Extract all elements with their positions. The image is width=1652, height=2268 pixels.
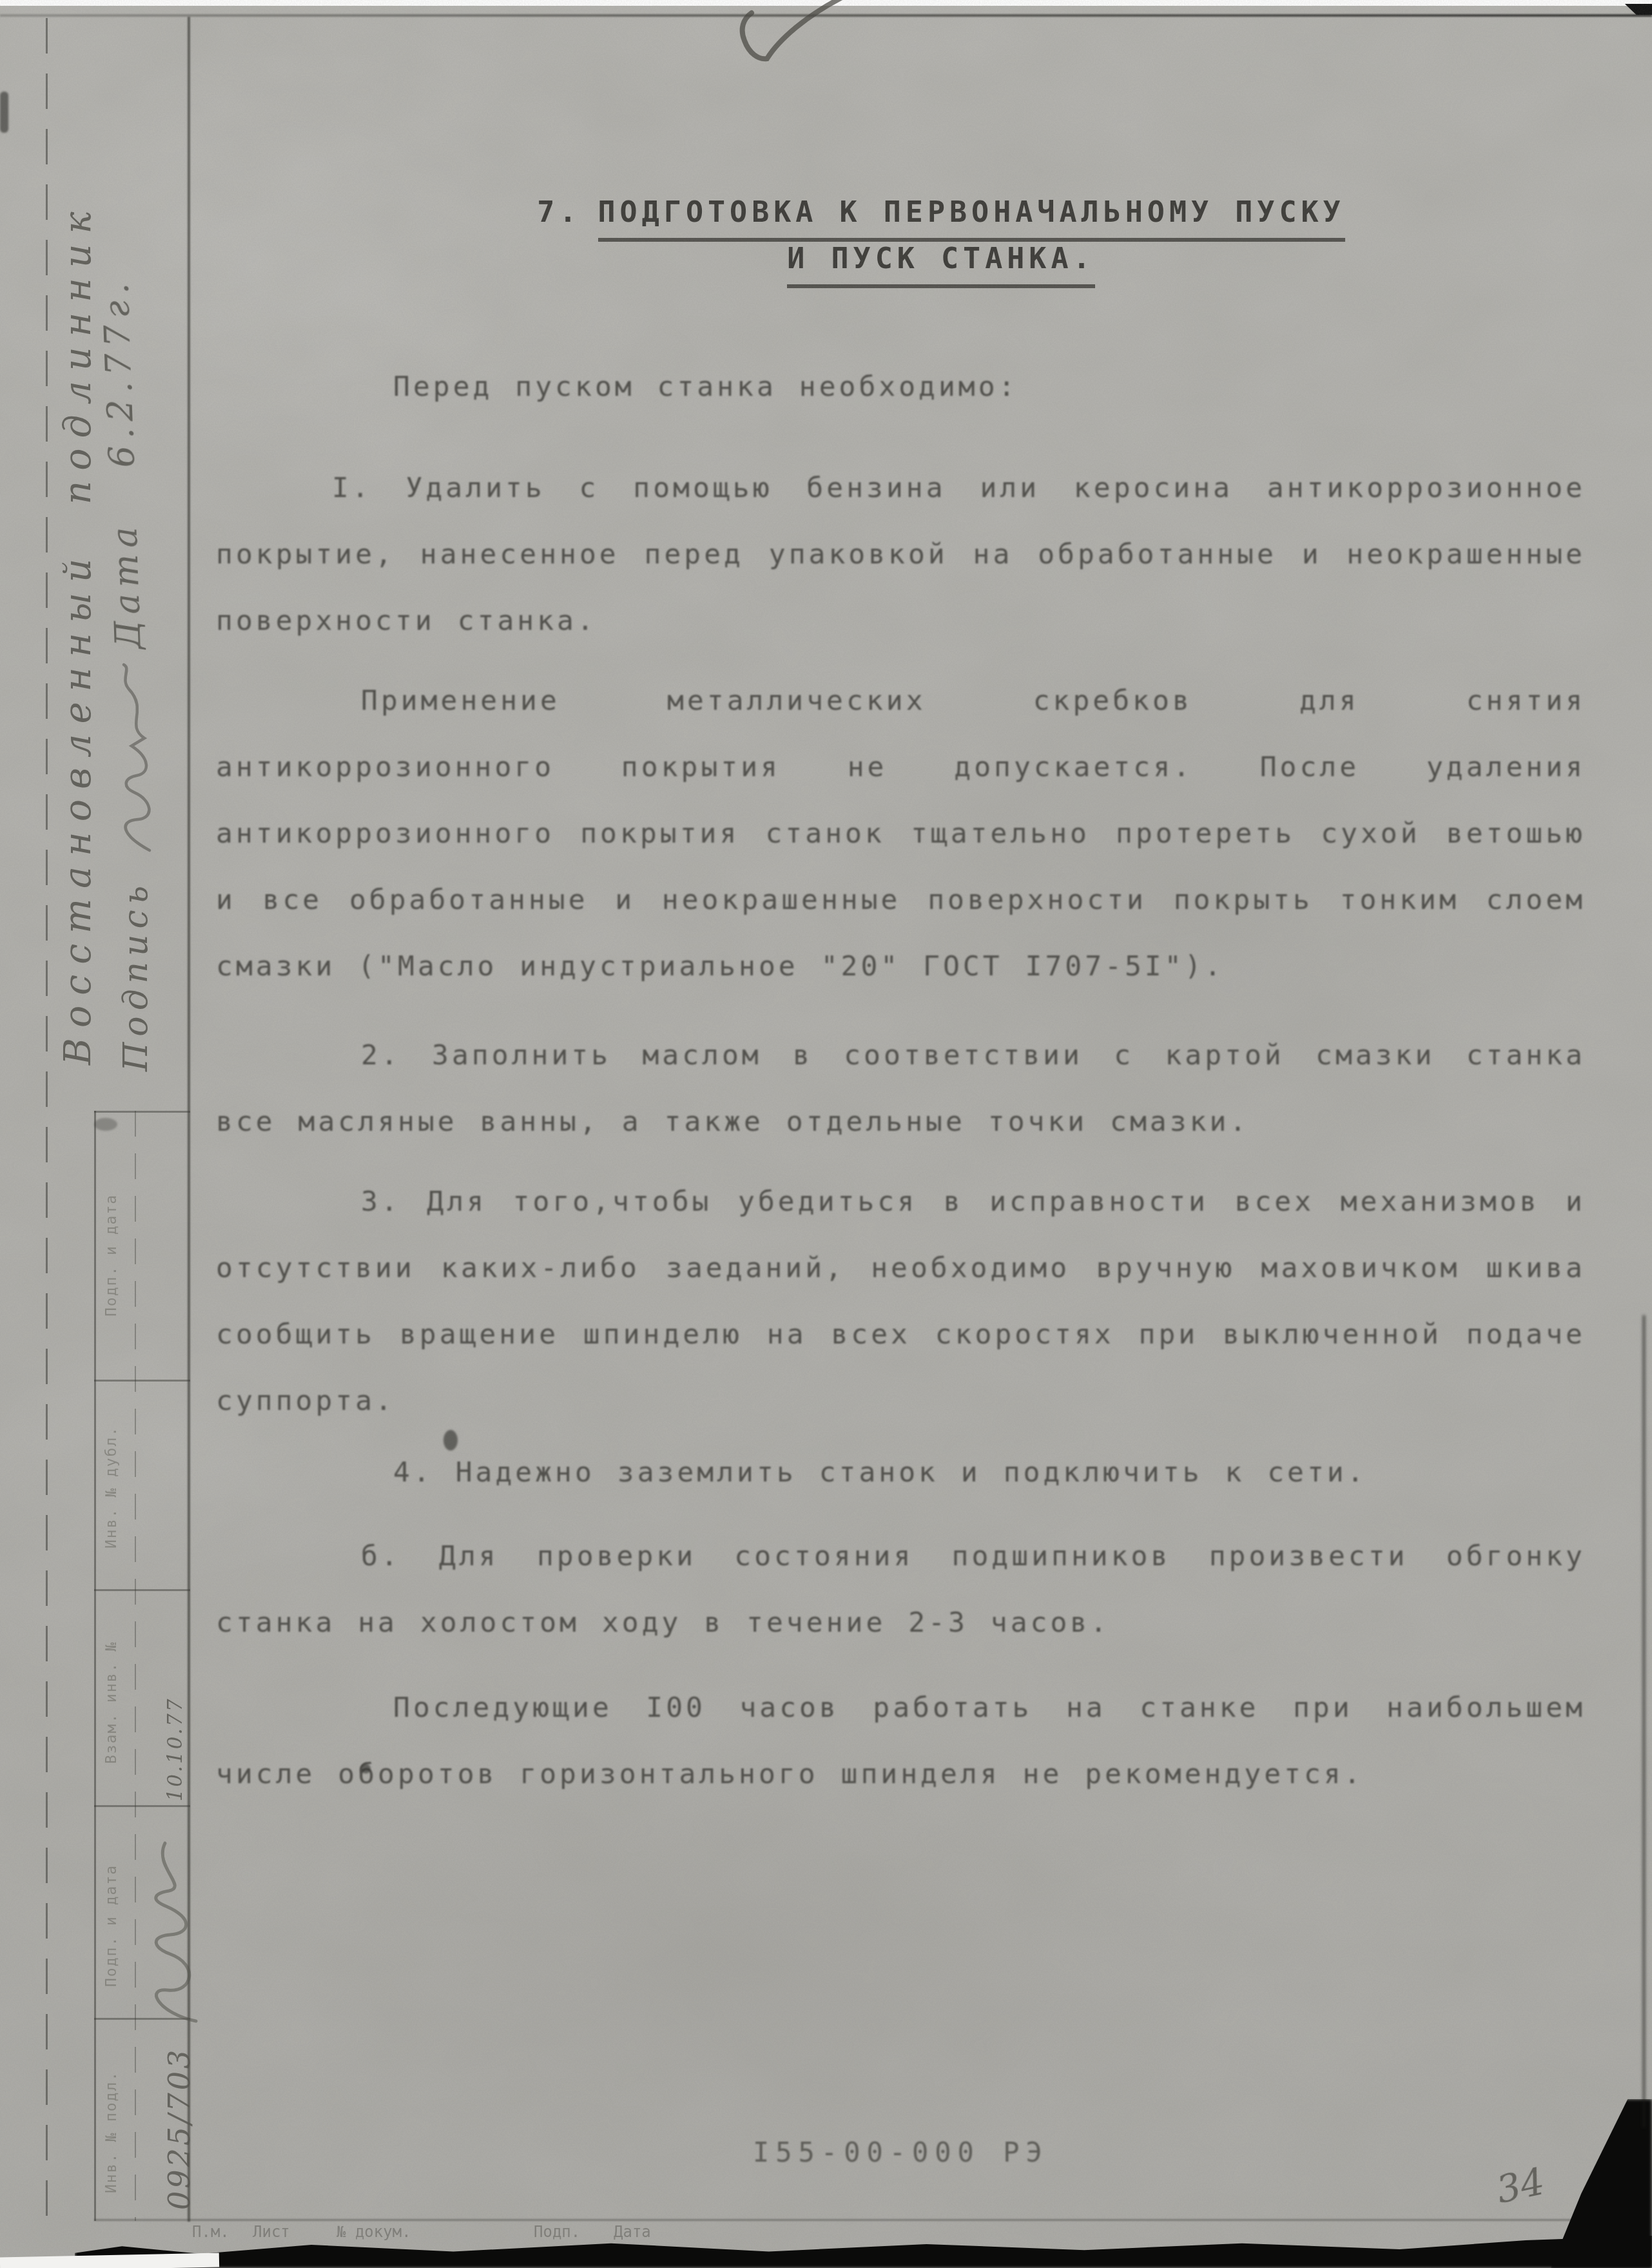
section-title-line2: И ПУСК СТАНКА.: [251, 241, 1631, 275]
section-title-text-2: И ПУСК СТАНКА.: [787, 241, 1094, 288]
stamp-handwriting: 0925/703 10.10.77: [139, 1697, 204, 2210]
handwritten-signature: [110, 661, 161, 854]
ink-smudge: [443, 1430, 458, 1451]
scanned-document-page: 7.ПОДГОТОВКА К ПЕРВОНАЧАЛЬНОМУ ПУСКУ И П…: [0, 0, 1652, 2268]
stamp-field-label: Инв. № дубл.: [103, 1426, 120, 1549]
signature-line: Подпись: [110, 652, 161, 1071]
stamp-field-label: Подп. и дата: [103, 1864, 120, 1987]
stamp-field-label: Подп. и дата: [103, 1194, 120, 1316]
paragraph-item-5: б. Для проверки состояния подшипников пр…: [216, 1523, 1586, 1656]
date-label: Дата: [104, 520, 149, 650]
stamp-box-divider: [94, 1589, 190, 1591]
stamp-field-label: Инв. № подл.: [103, 2071, 120, 2193]
stamp-date: 10.10.77: [164, 1697, 187, 1801]
stamp-box-divider: [94, 1380, 190, 1382]
scan-right-edge-shadow: [1642, 1315, 1646, 2127]
date-value: 6.2.77г.: [95, 276, 142, 468]
revision-row-label: Лист: [253, 2223, 290, 2241]
stamp-field-label: Взам. инв. №: [103, 1641, 120, 1764]
margin-dashed-rule: [46, 18, 48, 2219]
paragraph-item-4: 4. Надежно заземлить станок и подключить…: [216, 1440, 1586, 1506]
ink-smudge: [0, 92, 8, 133]
footer-rule: [94, 2219, 1577, 2221]
stamp-box-mid-rule: [135, 1111, 136, 2221]
ink-smudge: [94, 1118, 117, 1131]
paragraph-note: Применение металлических скребков для сн…: [216, 668, 1586, 1000]
revision-row-label: Подп.: [534, 2223, 580, 2241]
revision-row-label: Дата: [614, 2223, 651, 2241]
stamp-number: 0925/703: [162, 2048, 197, 2210]
paragraph-item-2: 2. Заполнить маслом в соответствии с кар…: [216, 1022, 1586, 1155]
revision-row-label: № докум.: [336, 2223, 411, 2241]
checkmark-annotation: [734, 0, 856, 67]
paragraph-closing: Последующие I00 часов работать на станке…: [216, 1675, 1586, 1808]
restored-original-note: Восстановленный подлинник: [57, 202, 99, 1066]
stamp-box-left-rule: [94, 1111, 96, 2221]
stamp-box-divider: [94, 1111, 190, 1113]
ink-smudge: [361, 1764, 371, 1774]
document-number: I55-00-000 РЭ: [753, 2136, 1049, 2168]
handwritten-signature-2: [139, 1839, 204, 2026]
paragraph-item-1: I. Удалить с помощью бензина или керосин…: [216, 455, 1586, 654]
signature-label: Подпись: [117, 880, 155, 1071]
paragraph-item-3: 3. Для того,чтобы убедиться в исправност…: [216, 1169, 1586, 1434]
section-title-text-1: ПОДГОТОВКА К ПЕРВОНАЧАЛЬНОМУ ПУСКУ: [598, 195, 1345, 242]
section-number: 7.: [537, 195, 581, 229]
revision-row-label: П.м.: [192, 2223, 229, 2241]
intro-paragraph: Перед пуском станка необходимо:: [216, 354, 1586, 420]
section-title-line1: 7.ПОДГОТОВКА К ПЕРВОНАЧАЛЬНОМУ ПУСКУ: [251, 195, 1631, 229]
